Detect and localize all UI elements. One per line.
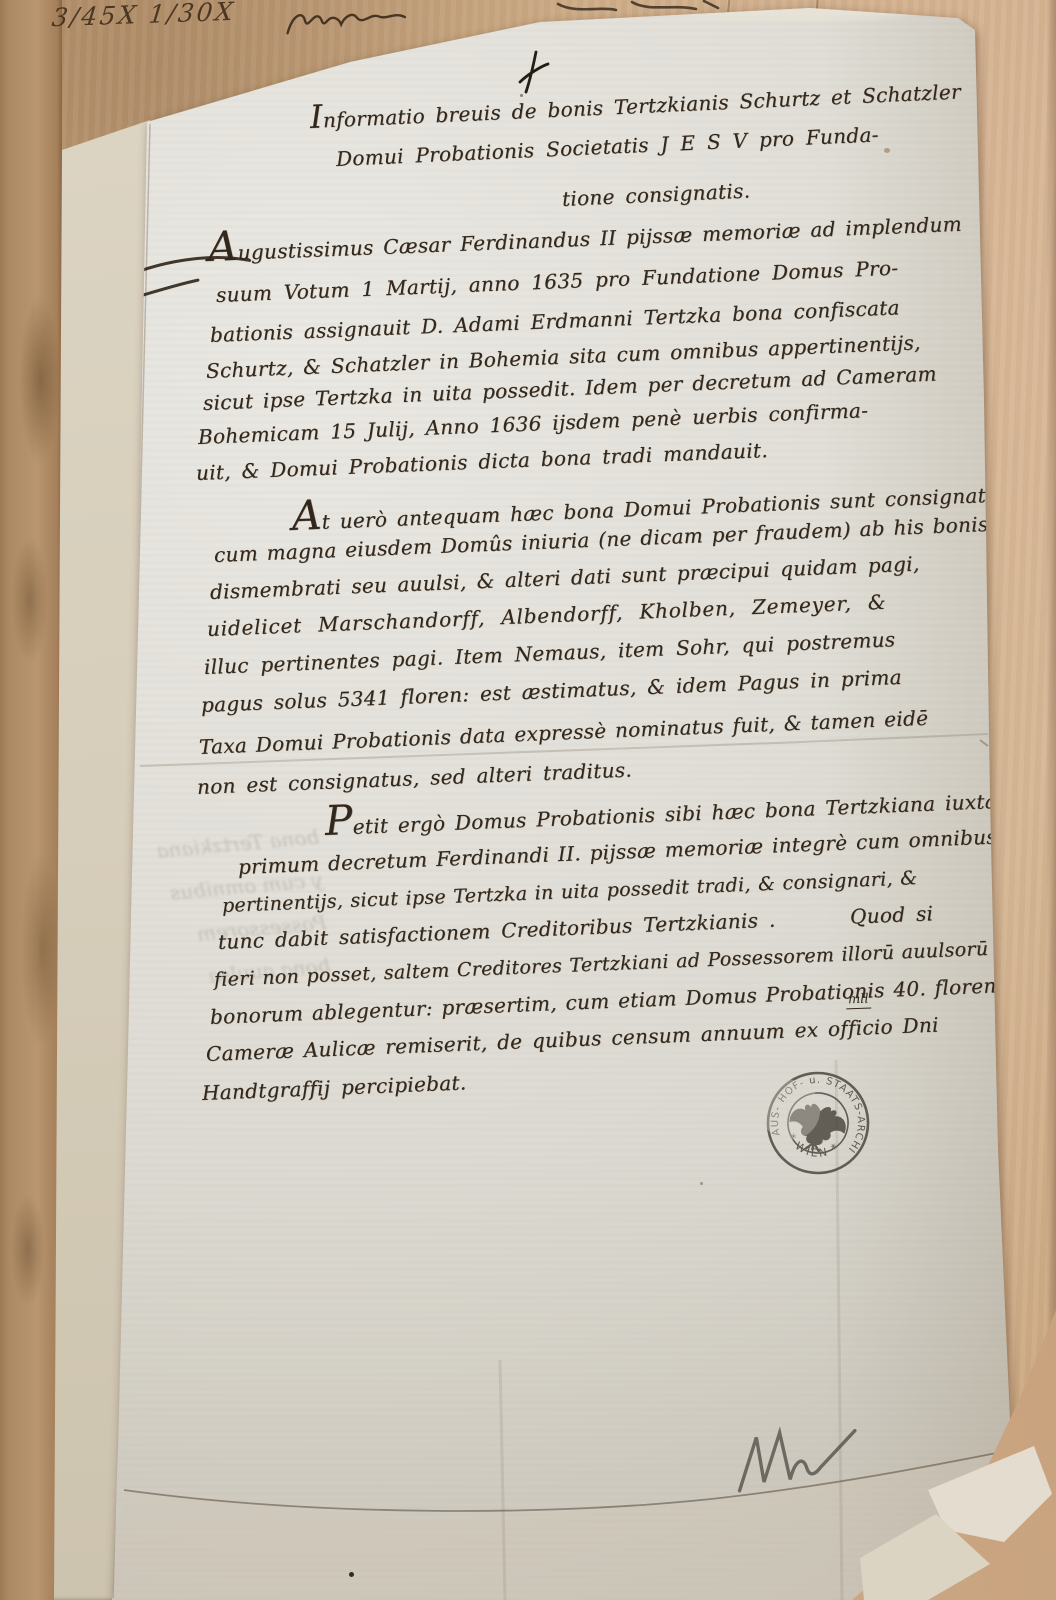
archive-stamp: HAUS- HOF- u. STAATS-ARCHIV * WIEN *	[743, 1048, 893, 1198]
cross-mark	[512, 48, 552, 96]
manuscript-photo: 3/45X 1/30X bona Tertzkiana	[0, 0, 1056, 1600]
foxing-spot	[246, 258, 249, 261]
pencil-initials	[731, 1418, 875, 1510]
paper-surface: bona Tertzkiana y cum omnibus Possessore…	[0, 0, 1056, 1600]
foxing-spot	[520, 94, 523, 97]
ink-speck	[349, 1572, 354, 1577]
foxing-spot	[700, 1182, 703, 1185]
manuscript-sheet: bona Tertzkiana y cum omnibus Possessore…	[0, 0, 1056, 1600]
foxing-spot	[884, 148, 890, 153]
superscript-thousand-abbreviation: mll	[846, 992, 871, 1010]
